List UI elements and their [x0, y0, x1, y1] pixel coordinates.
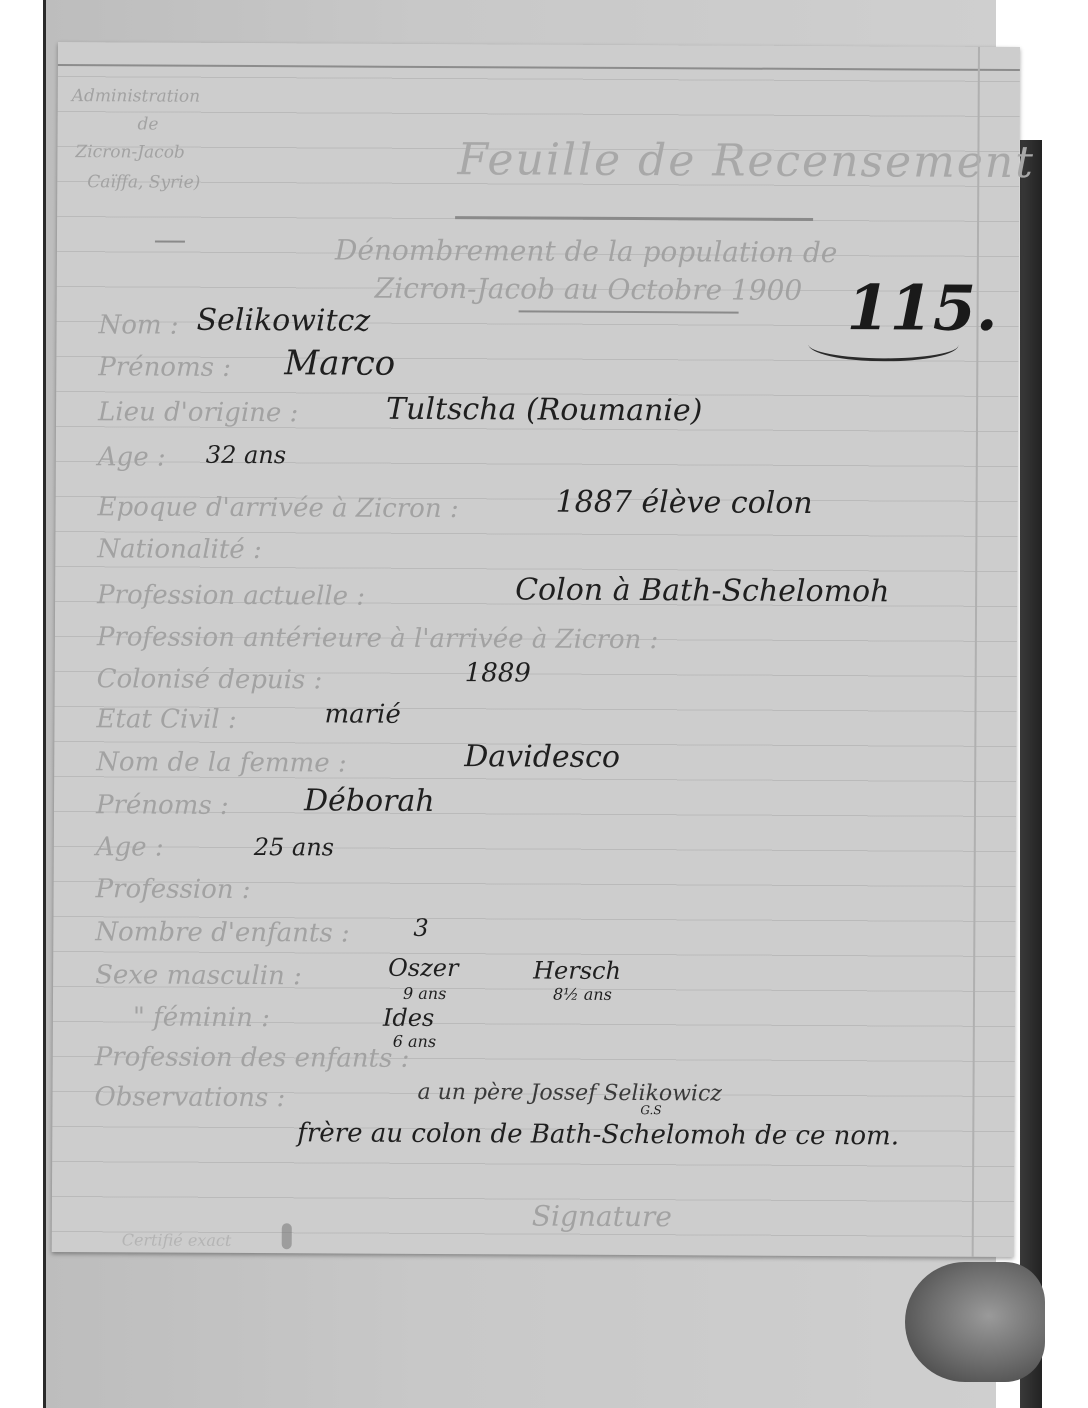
- footer-faint-text: Certifié exact: [122, 1230, 232, 1250]
- admin-header-line2: de: [138, 114, 159, 134]
- value-etat-civil: marié: [324, 699, 400, 729]
- background-cloth: [1020, 140, 1042, 1408]
- value-nombre-enfants: 3: [413, 914, 428, 942]
- value-observations-line1: a un père Jossef Selikowicz: [417, 1080, 722, 1107]
- label-profession-enfants: Profession des enfants :: [95, 1042, 410, 1074]
- admin-header-line3: Zicron-Jacob: [75, 142, 185, 163]
- label-colonise-depuis: Colonisé depuis :: [97, 664, 323, 695]
- label-lieu-origine: Lieu d'origine :: [98, 397, 298, 428]
- label-prenoms: Prénoms :: [98, 352, 231, 383]
- value-prenoms-femme: Déborah: [304, 783, 435, 819]
- label-profession-femme: Profession :: [95, 874, 250, 905]
- label-nationalite: Nationalité :: [97, 534, 262, 565]
- signature-label: Signature: [532, 1199, 672, 1233]
- label-age: Age :: [98, 442, 166, 472]
- label-profession-actuelle: Profession actuelle :: [97, 580, 365, 611]
- ink-smudge: [282, 1223, 292, 1249]
- form-title: Feuille de Recensement: [457, 134, 1035, 188]
- label-observations: Observations :: [94, 1082, 285, 1113]
- child-boy-1-name: Oszer: [388, 954, 458, 982]
- label-sexe-feminin: " féminin :: [133, 1002, 270, 1033]
- child-girl-1-age: 6 ans: [393, 1032, 436, 1051]
- photo-left-margin: [0, 0, 46, 1408]
- label-etat-civil: Etat Civil :: [96, 704, 236, 735]
- label-sexe-masculin: Sexe masculin :: [95, 960, 302, 991]
- admin-header-rule: [155, 241, 185, 243]
- admin-header-line1: Administration: [72, 86, 200, 107]
- child-boy-2-name: Hersch: [533, 957, 621, 985]
- child-boy-2-age: 8½ ans: [553, 985, 612, 1004]
- value-age-femme: 25 ans: [254, 833, 334, 861]
- value-observations-line2: frère au colon de Bath-Schelomoh de ce n…: [297, 1118, 899, 1151]
- value-epoque-arrivee: 1887 élève colon: [556, 485, 813, 521]
- admin-header-line4: Caïffa, Syrie): [87, 172, 200, 193]
- photo-right-margin: [1042, 0, 1088, 1408]
- subtitle-underline: [519, 310, 739, 313]
- value-lieu-origine: Tultscha (Roumanie): [386, 392, 702, 429]
- child-girl-1-name: Ides: [383, 1004, 435, 1032]
- value-nom: Selikowitcz: [196, 303, 370, 339]
- label-profession-anterieure: Profession antérieure à l'arrivée à Zicr…: [97, 622, 659, 655]
- label-epoque-arrivee: Epoque d'arrivée à Zicron :: [97, 492, 458, 524]
- label-age-femme: Age :: [96, 832, 164, 862]
- census-form-sheet: Administration de Zicron-Jacob Caïffa, S…: [52, 42, 1020, 1257]
- label-prenoms-femme: Prénoms :: [96, 790, 229, 821]
- title-underline: [455, 216, 813, 221]
- holding-thumb: [905, 1262, 1045, 1382]
- label-nombre-enfants: Nombre d'enfants :: [95, 917, 350, 948]
- label-nom-femme: Nom de la femme :: [96, 747, 347, 778]
- record-number-underline: [808, 328, 958, 362]
- value-colonise-depuis: 1889: [465, 658, 531, 688]
- form-subtitle-line2: Zicron-Jacob au Octobre 1900: [375, 272, 803, 307]
- value-profession-actuelle: Colon à Bath-Schelomoh: [515, 572, 889, 609]
- child-boy-1-age: 9 ans: [403, 984, 446, 1003]
- value-nom-femme: Davidesco: [464, 739, 620, 775]
- value-age: 32 ans: [206, 441, 286, 469]
- value-prenoms: Marco: [284, 343, 395, 384]
- observations-superscript: G.S: [640, 1103, 661, 1117]
- label-nom: Nom :: [98, 310, 178, 340]
- form-subtitle-line1: Dénombrement de la population de: [335, 233, 838, 269]
